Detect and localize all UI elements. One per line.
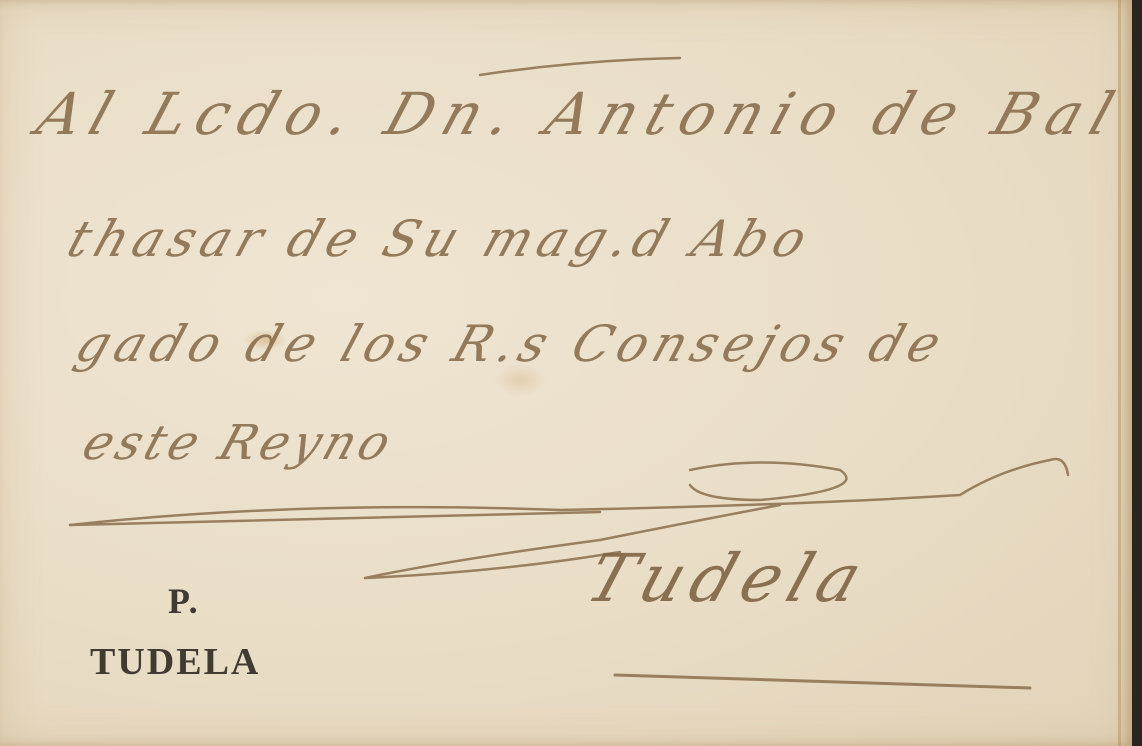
- address-line-4: este Reyno: [76, 415, 402, 471]
- address-line-2: thasar de Su mag.d Abo: [61, 210, 820, 268]
- address-line-3: gado de los R.s Consejos de: [69, 315, 954, 373]
- postmark-tudela: TUDELA: [90, 640, 260, 684]
- address-line-1: Al Lcdo. Dn. Antonio de Bal: [29, 80, 1132, 148]
- postmark-line-1: P.: [168, 580, 200, 622]
- destination-tudela: Tudela: [577, 540, 878, 617]
